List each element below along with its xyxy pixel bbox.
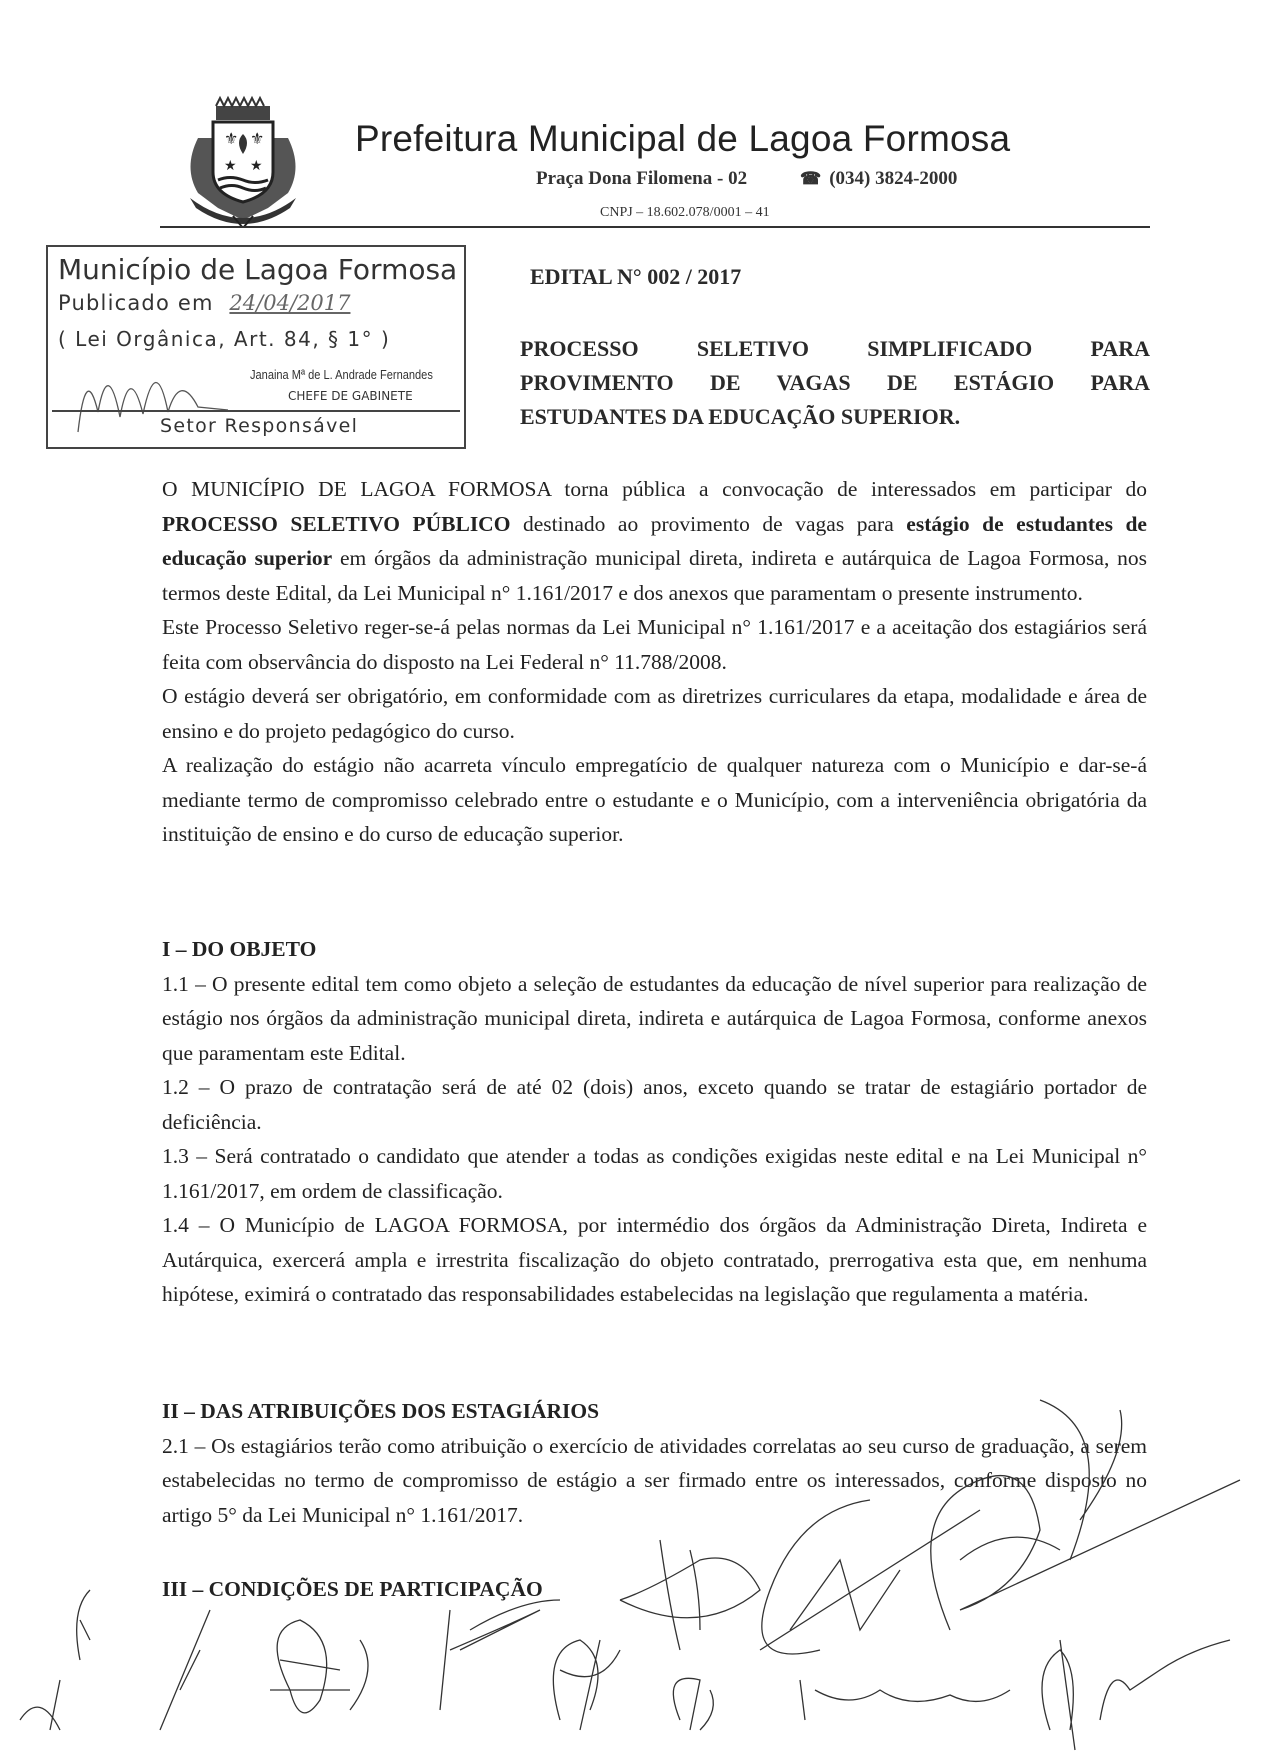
clause: 1.4 – O Município de LAGOA FORMOSA, por …: [162, 1208, 1147, 1312]
svg-text:⚜: ⚜: [224, 131, 238, 148]
telephone-icon: ☎: [800, 169, 821, 189]
address: Praça Dona Filomena - 02: [536, 168, 747, 190]
header-divider: [160, 226, 1150, 228]
organization-title: Prefeitura Municipal de Lagoa Formosa: [355, 118, 1010, 160]
section-heading: II – DAS ATRIBUIÇÕES DOS ESTAGIÁRIOS: [162, 1394, 1147, 1429]
section-heading: I – DO OBJETO: [162, 932, 1147, 967]
intro-paragraph: O estágio deverá ser obrigatório, em con…: [162, 679, 1147, 748]
stamp-municipality: Município de Lagoa Formosa: [58, 253, 457, 286]
subject-line: PROVIMENTO DE VAGAS DE ESTÁGIO PARA: [520, 366, 1150, 400]
clause: 1.1 – O presente edital tem como objeto …: [162, 967, 1147, 1071]
stamp-legal-reference: ( Lei Orgânica, Art. 84, § 1° ): [58, 327, 390, 351]
coat-of-arms-icon: ⚜ ⚜ ★ ★: [178, 88, 308, 228]
section-objeto: I – DO OBJETO 1.1 – O presente edital te…: [162, 932, 1147, 1312]
svg-text:★: ★: [250, 159, 263, 174]
edital-subject: PROCESSO SELETIVO SIMPLIFICADO PARA PROV…: [520, 332, 1150, 434]
edital-number: EDITAL N° 002 / 2017: [530, 264, 741, 290]
phone-number: (034) 3824-2000: [829, 168, 957, 189]
stamp-signature-line: [52, 410, 460, 412]
phone: ☎(034) 3824-2000: [800, 168, 957, 190]
intro-paragraph: O MUNICÍPIO DE LAGOA FORMOSA torna públi…: [162, 472, 1147, 610]
stamp-signer-role: CHEFE DE GABINETE: [288, 389, 413, 403]
intro-paragraph: A realização do estágio não acarreta vín…: [162, 748, 1147, 852]
stamp-date: 24/04/2017: [229, 291, 350, 315]
section-heading: III – CONDIÇÕES DE PARTICIPAÇÃO: [162, 1572, 622, 1607]
stamp-responsible-sector: Setor Responsável: [160, 415, 358, 437]
subject-line: PROCESSO SELETIVO SIMPLIFICADO PARA: [520, 332, 1150, 366]
clause: 1.2 – O prazo de contratação será de até…: [162, 1070, 1147, 1139]
clause: 1.3 – Será contratado o candidato que at…: [162, 1139, 1147, 1208]
svg-text:★: ★: [224, 159, 237, 174]
section-participacao: III – CONDIÇÕES DE PARTICIPAÇÃO: [162, 1572, 622, 1607]
section-atribuicoes: II – DAS ATRIBUIÇÕES DOS ESTAGIÁRIOS 2.1…: [162, 1394, 1147, 1532]
cnpj: CNPJ – 18.602.078/0001 – 41: [600, 205, 770, 221]
intro-paragraph: Este Processo Seletivo reger-se-á pelas …: [162, 610, 1147, 679]
subject-line: ESTUDANTES DA EDUCAÇÃO SUPERIOR.: [520, 400, 1150, 434]
svg-text:⚜: ⚜: [250, 131, 264, 148]
clause: 2.1 – Os estagiários terão como atribuiç…: [162, 1429, 1147, 1533]
publication-stamp: Município de Lagoa Formosa Publicado em …: [46, 245, 466, 449]
intro-section: O MUNICÍPIO DE LAGOA FORMOSA torna públi…: [162, 472, 1147, 852]
stamp-signer-name: Janaina Mª de L. Andrade Fernandes: [250, 367, 433, 382]
stamp-published: Publicado em 24/04/2017: [58, 291, 350, 315]
